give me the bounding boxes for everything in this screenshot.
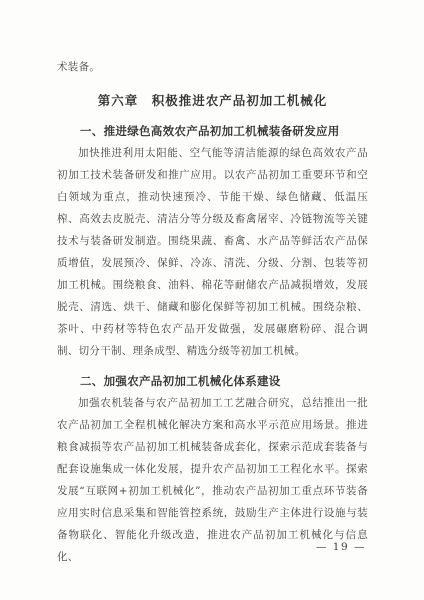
document-page: 术装备。 第六章 积极推进农产品初加工机械化 一、推进绿色高效农产品初加工机械装… [0,0,424,600]
section-2-heading: 二、加强农产品初加工机械化体系建设 [57,370,368,392]
section-1-paragraph: 加快推进利用太阳能、空气能等清洁能源的绿色高效农产品初加工技术装备研发和推广应用… [57,142,368,362]
section-1: 一、推进绿色高效农产品初加工机械装备研发应用 加快推进利用太阳能、空气能等清洁能… [57,120,368,362]
section-2: 二、加强农产品初加工机械化体系建设 加强农机装备与农产品初加工工艺融合研究，总结… [57,370,368,568]
continuation-text: 术装备。 [57,56,368,78]
chapter-title: 第六章 积极推进农产品初加工机械化 [57,90,368,112]
page-number: — 19 — [316,541,366,553]
section-1-heading: 一、推进绿色高效农产品初加工机械装备研发应用 [57,120,368,142]
